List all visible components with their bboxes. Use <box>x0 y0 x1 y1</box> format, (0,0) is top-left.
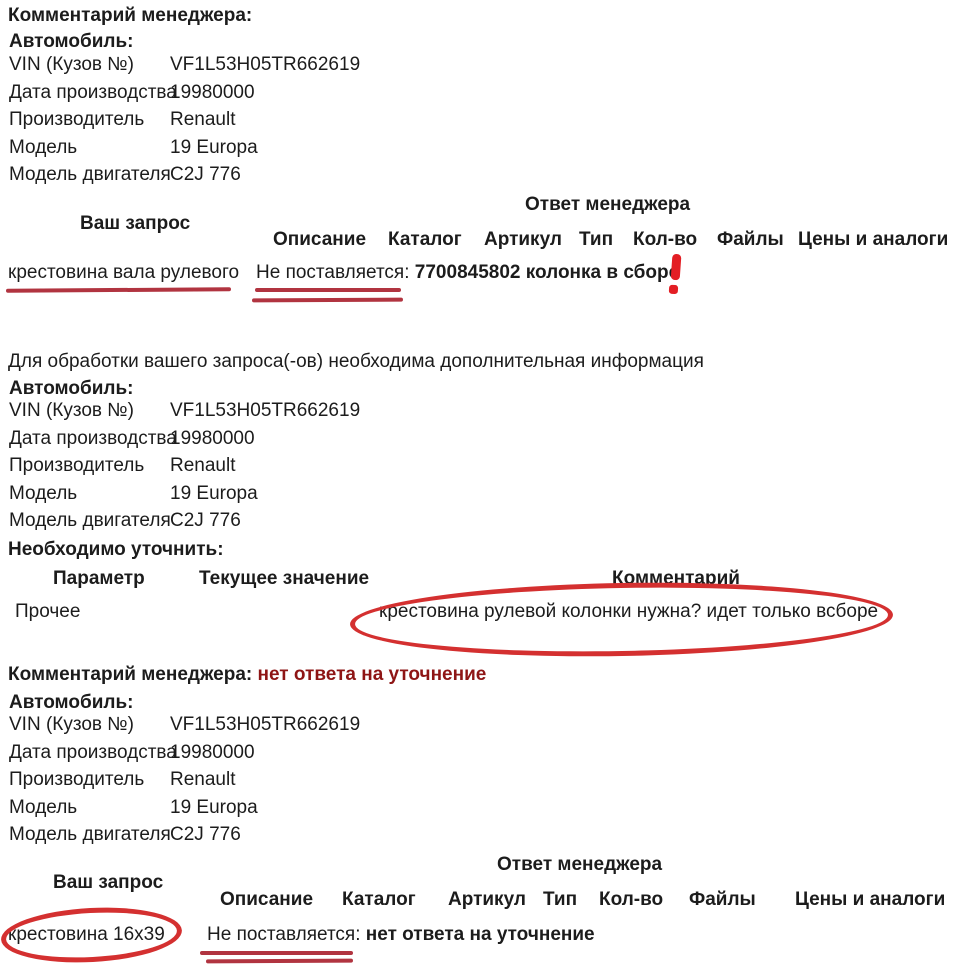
car-value: 19 Europa <box>170 137 258 158</box>
t1-request-cell: крестовина вала рулевого <box>8 262 239 285</box>
exclamation-bar <box>671 254 682 281</box>
car-row: Модель двигателяC2J 776 <box>9 507 360 535</box>
car-value: 19980000 <box>170 742 255 763</box>
s2-car-info-block: VIN (Кузов №)VF1L53H05TR662619 Дата прои… <box>9 397 360 535</box>
s3-car-info-block: VIN (Кузов №)VF1L53H05TR662619 Дата прои… <box>9 711 360 849</box>
car-value: 19980000 <box>170 428 255 449</box>
t1-col-prices: Цены и аналоги <box>798 229 948 252</box>
t1-col-description: Описание <box>273 229 366 252</box>
car-value: Renault <box>170 455 236 476</box>
answer-prefix: Не поставляется: <box>256 262 415 283</box>
car-row: Дата производства19980000 <box>9 739 360 767</box>
red-underline-annotation <box>6 287 231 293</box>
parts-order-page: Комментарий менеджера: Автомобиль: VIN (… <box>0 0 960 975</box>
car-value: VF1L53H05TR662619 <box>170 54 360 75</box>
t2-col-article: Артикул <box>448 889 526 912</box>
car-row: VIN (Кузов №)VF1L53H05TR662619 <box>9 711 360 739</box>
t2-col-files: Файлы <box>689 889 756 912</box>
t2-your-request-header: Ваш запрос <box>53 872 163 895</box>
t1-your-request-header: Ваш запрос <box>80 213 190 236</box>
t1-col-article: Артикул <box>484 229 562 252</box>
car-value: C2J 776 <box>170 510 241 531</box>
car-row: Модель двигателяC2J 776 <box>9 161 360 189</box>
car-row: Модель19 Europa <box>9 480 360 508</box>
s2-clarify-heading: Необходимо уточнить: <box>8 539 224 562</box>
answer-bold: 7700845802 колонка в сборе <box>415 262 679 283</box>
clarify-col-current-value: Текущее значение <box>199 568 369 591</box>
clarify-parameter-cell: Прочее <box>15 601 80 624</box>
s1-manager-comment-heading: Комментарий менеджера: <box>8 5 252 28</box>
car-value: Renault <box>170 769 236 790</box>
t2-col-prices: Цены и аналоги <box>795 889 945 912</box>
red-circle-annotation <box>0 903 183 966</box>
s3-title-highlight: нет ответа на уточнение <box>258 664 487 685</box>
red-underline-annotation <box>200 951 353 955</box>
t2-manager-answer-header: Ответ менеджера <box>497 854 662 877</box>
car-value: 19980000 <box>170 82 255 103</box>
t1-manager-answer-header: Ответ менеджера <box>525 194 690 217</box>
t2-col-catalog: Каталог <box>342 889 416 912</box>
car-row: Модель двигателяC2J 776 <box>9 821 360 849</box>
car-row: VIN (Кузов №)VF1L53H05TR662619 <box>9 51 360 79</box>
car-row: Дата производства19980000 <box>9 79 360 107</box>
t1-col-type: Тип <box>579 229 613 252</box>
t2-col-qty: Кол-во <box>599 889 663 912</box>
red-circle-annotation <box>349 578 893 660</box>
answer-bold: нет ответа на уточнение <box>366 924 595 945</box>
s2-intro-text: Для обработки вашего запроса(-ов) необхо… <box>8 351 704 374</box>
car-row: Модель19 Europa <box>9 134 360 162</box>
car-value: VF1L53H05TR662619 <box>170 714 360 735</box>
t2-col-type: Тип <box>543 889 577 912</box>
s1-car-info-block: VIN (Кузов №)VF1L53H05TR662619 Дата прои… <box>9 51 360 189</box>
car-row: ПроизводительRenault <box>9 452 360 480</box>
t1-col-qty: Кол-во <box>633 229 697 252</box>
t1-col-files: Файлы <box>717 229 784 252</box>
car-value: C2J 776 <box>170 824 241 845</box>
red-exclamation-annotation <box>667 254 684 297</box>
car-value: C2J 776 <box>170 164 241 185</box>
t2-description-cell: Не поставляется: нет ответа на уточнение <box>207 924 595 947</box>
car-value: 19 Europa <box>170 797 258 818</box>
red-underline-annotation <box>206 959 353 964</box>
answer-prefix: Не поставляется: <box>207 924 366 945</box>
car-row: Модель19 Europa <box>9 794 360 822</box>
car-value: VF1L53H05TR662619 <box>170 400 360 421</box>
car-row: ПроизводительRenault <box>9 106 360 134</box>
car-value: Renault <box>170 109 236 130</box>
red-underline-annotation <box>255 288 401 292</box>
s3-title-prefix: Комментарий менеджера: <box>8 664 258 685</box>
red-underline-annotation <box>252 298 403 303</box>
car-row: VIN (Кузов №)VF1L53H05TR662619 <box>9 397 360 425</box>
clarify-col-parameter: Параметр <box>53 568 145 591</box>
t1-col-catalog: Каталог <box>388 229 462 252</box>
exclamation-dot <box>669 285 679 295</box>
car-value: 19 Europa <box>170 483 258 504</box>
s3-manager-comment-heading: Комментарий менеджера: нет ответа на уто… <box>8 664 486 687</box>
t1-description-cell: Не поставляется: 7700845802 колонка в сб… <box>256 262 679 285</box>
car-row: ПроизводительRenault <box>9 766 360 794</box>
t2-col-description: Описание <box>220 889 313 912</box>
car-row: Дата производства19980000 <box>9 425 360 453</box>
